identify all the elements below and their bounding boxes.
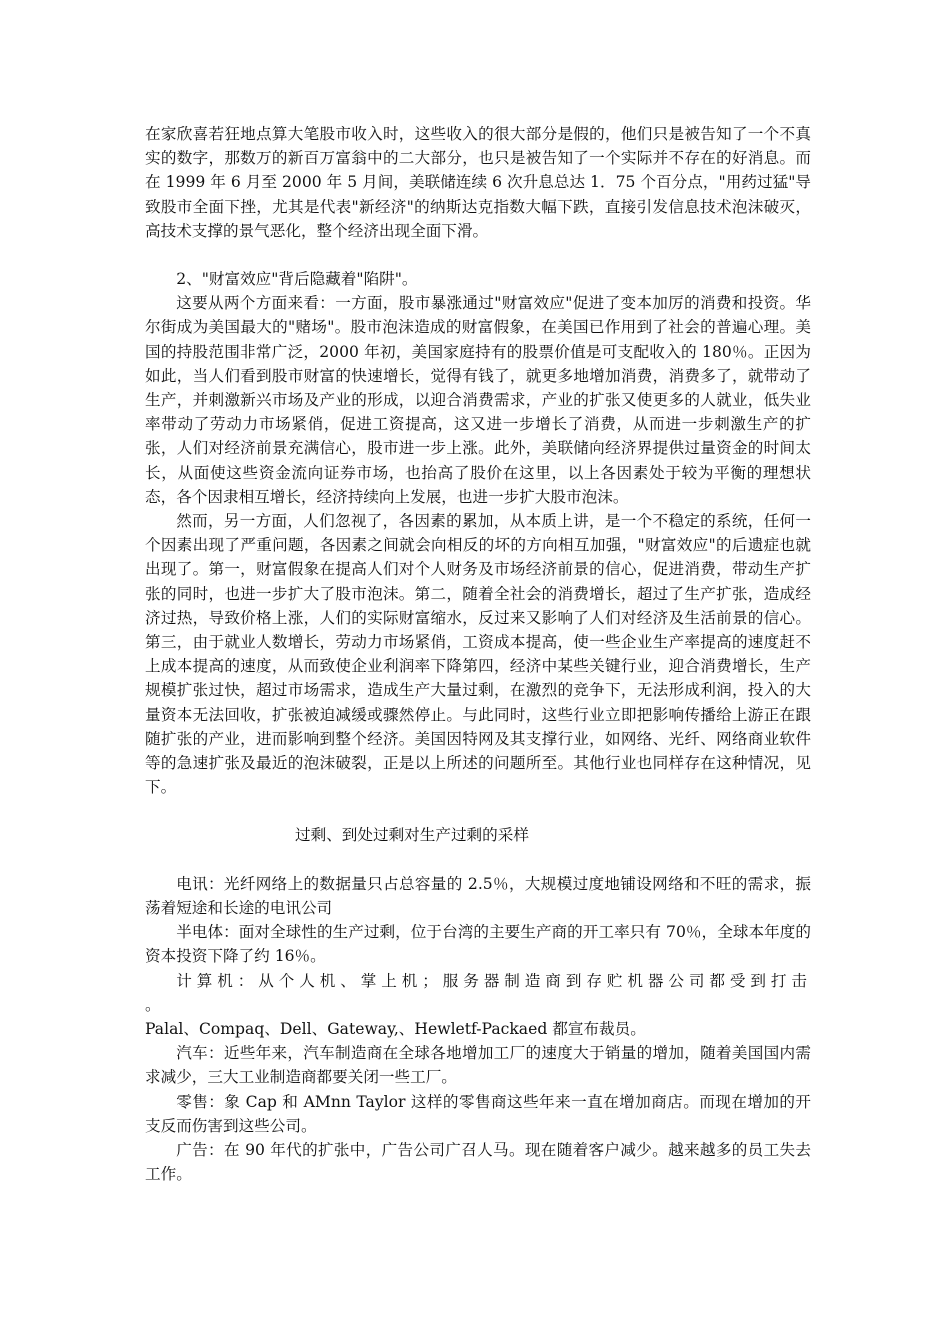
list-item-advertising: 广告：在 90 年代的扩张中，广告公司广召人马。现在随着客户减少。越来越多的员工… [145, 1138, 811, 1186]
spacer [145, 799, 811, 823]
list-item-computer-cont: Palal、Compaq、Dell、Gateway,、Hewletf-Packa… [145, 1017, 811, 1041]
spacer [145, 848, 811, 872]
document-page: 在家欣喜若狂地点算大笔股市收入时，这些收入的很大部分是假的，他们只是被告知了一个… [145, 122, 811, 1186]
list-item-telecom: 电讯：光纤网络上的数据量只占总容量的 2.5％，大规模过度地铺设网络和不旺的需求… [145, 872, 811, 920]
paragraph-other-side: 然而，另一方面，人们忽视了，各因素的累加，从本质上讲，是一个不稳定的系统，任何一… [145, 509, 811, 799]
list-item-retail: 零售：象 Cap 和 AMnn Taylor 这样的零售商这些年来一直在增加商店… [145, 1090, 811, 1138]
paragraph-stock-decline: 在家欣喜若狂地点算大笔股市收入时，这些收入的很大部分是假的，他们只是被告知了一个… [145, 122, 811, 243]
list-item-auto: 汽车：近些年来，汽车制造商在全球各地增加工厂的速度大于销量的增加，随着美国国内需… [145, 1041, 811, 1089]
list-item-semiconductor: 半电体：面对全球性的生产过剩，位于台湾的主要生产商的开工率只有 70％，全球本年… [145, 920, 811, 968]
paragraph-wealth-effect: 这要从两个方面来看：一方面，股市暴涨通过"财富效应"促进了变本加厉的消费和投资。… [145, 291, 811, 509]
section-heading: 2、"财富效应"背后隐藏着"陷阱"。 [145, 267, 811, 291]
list-title: 过剩、到处过剩对生产过剩的采样 [145, 823, 811, 847]
spacer [145, 243, 811, 267]
list-item-computer: 计算机：从个人机、掌上机；服务器制造商到存贮机器公司都受到打击 。 [145, 969, 811, 1017]
